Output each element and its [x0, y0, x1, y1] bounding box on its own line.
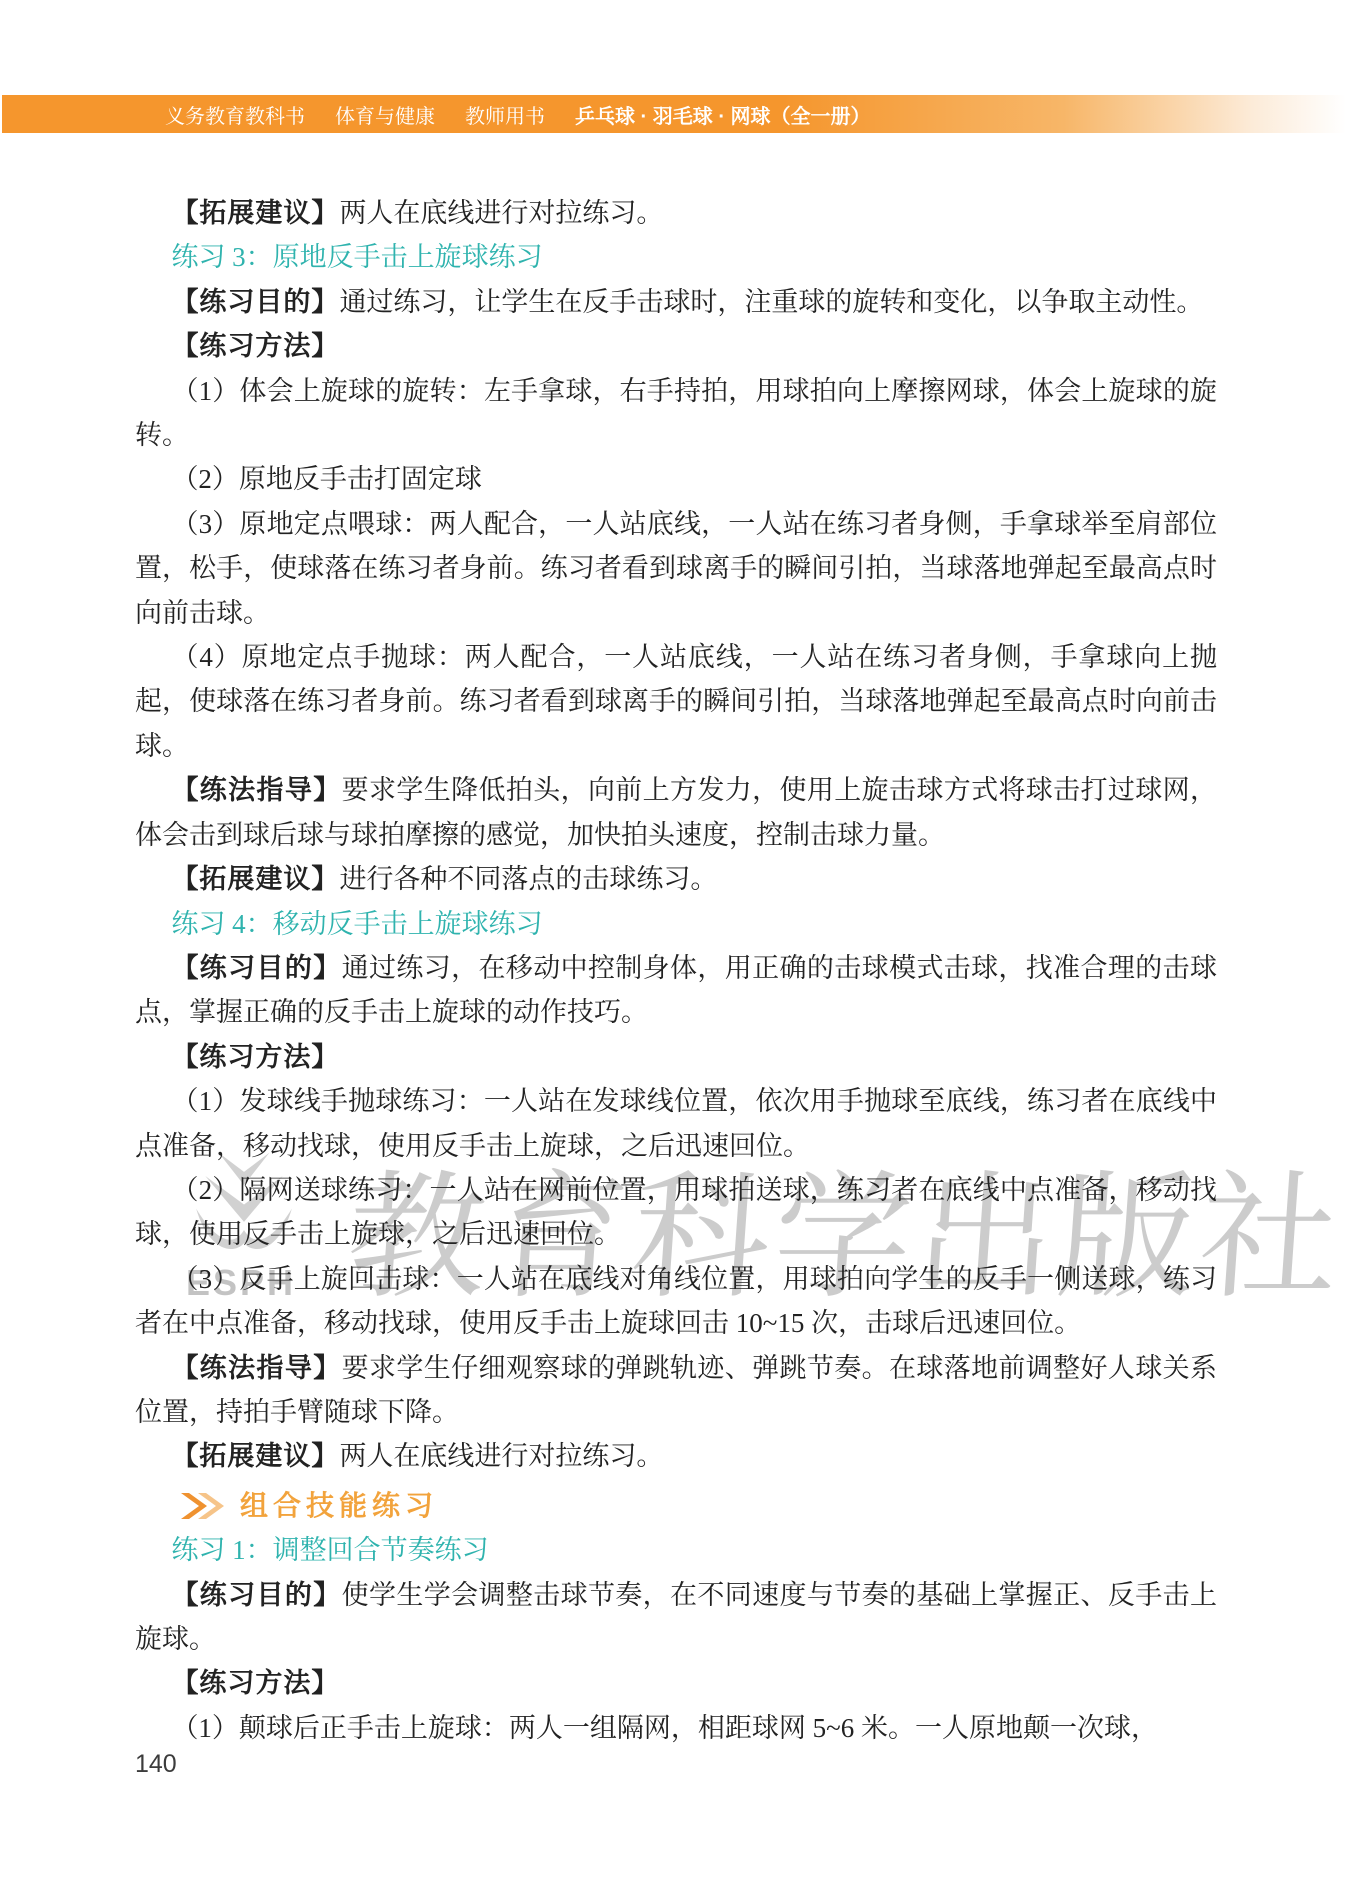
paragraph: 【练习目的】通过练习，在移动中控制身体，用正确的击球模式击球，找准合理的击球点，…: [135, 946, 1217, 1035]
note-label: 【拓展建议】: [171, 864, 339, 894]
paragraph: 【练习目的】使学生学会调整击球节奏，在不同速度与节奏的基础上掌握正、反手击上旋球…: [135, 1573, 1217, 1662]
page-content: 【拓展建议】两人在底线进行对拉练习。练习 3：原地反手击上旋球练习【练习目的】通…: [135, 191, 1217, 1750]
paragraph: 【拓展建议】两人在底线进行对拉练习。: [135, 1434, 1217, 1478]
double-chevron-icon: [180, 1491, 226, 1521]
paragraph-text: （1）发球线手抛球练习：一人站在发球线位置，依次用手抛球至底线，练习者在底线中点…: [135, 1086, 1217, 1160]
note-label: 【练习方法】: [171, 331, 339, 361]
note-label: 【拓展建议】: [171, 198, 339, 228]
paragraph-text: （2）隔网送球练习：一人站在网前位置，用球拍送球，练习者在底线中点准备，移动找球…: [135, 1175, 1217, 1249]
note-label: 【拓展建议】: [171, 1441, 339, 1471]
paragraph: （1）颠球后正手击上旋球：两人一组隔网，相距球网 5~6 米。一人原地颠一次球，: [135, 1706, 1217, 1750]
paragraph-text: （3）原地定点喂球：两人配合，一人站底线，一人站在练习者身侧，手拿球举至肩部位置…: [135, 509, 1217, 628]
paragraph: 【练法指导】要求学生仔细观察球的弹跳轨迹、弹跳节奏。在球落地前调整好人球关系位置…: [135, 1346, 1217, 1435]
paragraph-text: （3）反手上旋回击球：一人站在底线对角线位置，用球拍向学生的反手一侧送球，练习者…: [135, 1264, 1217, 1338]
paragraph-text: 两人在底线进行对拉练习。: [339, 1441, 663, 1471]
paragraph: （4）原地定点手抛球：两人配合，一人站底线，一人站在练习者身侧，手拿球向上抛起，…: [135, 635, 1217, 768]
paragraph: 【拓展建议】进行各种不同落点的击球练习。: [135, 857, 1217, 901]
paragraph-text: 两人在底线进行对拉练习。: [339, 198, 663, 228]
paragraph: （3）原地定点喂球：两人配合，一人站底线，一人站在练习者身侧，手拿球举至肩部位置…: [135, 502, 1217, 635]
note-label: 【练习目的】: [171, 953, 341, 983]
header-series: 义务教育教科书: [165, 100, 305, 129]
paragraph-text: （4）原地定点手抛球：两人配合，一人站底线，一人站在练习者身侧，手拿球向上抛起，…: [135, 642, 1217, 761]
page-number: 140: [135, 1750, 177, 1779]
paragraph-text: （1）颠球后正手击上旋球：两人一组隔网，相距球网 5~6 米。一人原地颠一次球，: [171, 1713, 1158, 1743]
paragraph: 【练习方法】: [135, 1661, 1217, 1705]
paragraph: （3）反手上旋回击球：一人站在底线对角线位置，用球拍向学生的反手一侧送球，练习者…: [135, 1257, 1217, 1346]
paragraph: （1）体会上旋球的旋转：左手拿球，右手持拍，用球拍向上摩擦网球，体会上旋球的旋转…: [135, 369, 1217, 458]
paragraph: （2）原地反手击打固定球: [135, 457, 1217, 501]
section-heading: 组合技能练习: [135, 1484, 1217, 1528]
paragraph-text: 练习 1：调整回合节奏练习: [171, 1535, 488, 1565]
paragraph-text: 进行各种不同落点的击球练习。: [339, 864, 717, 894]
header-subject: 体育与健康: [335, 100, 435, 129]
header-booktype: 教师用书: [465, 100, 545, 129]
section-title: 组合技能练习: [240, 1484, 438, 1528]
paragraph-text: 练习 3：原地反手击上旋球练习: [171, 242, 542, 272]
note-label: 【练习目的】: [171, 287, 339, 317]
paragraph-text: （1）体会上旋球的旋转：左手拿球，右手持拍，用球拍向上摩擦网球，体会上旋球的旋转…: [135, 376, 1217, 450]
paragraph: 【练法指导】要求学生降低拍头，向前上方发力，使用上旋击球方式将球击打过球网，体会…: [135, 768, 1217, 857]
paragraph-text: 练习 4：移动反手击上旋球练习: [171, 909, 542, 939]
note-label: 【练法指导】: [171, 775, 341, 805]
paragraph: 练习 4：移动反手击上旋球练习: [135, 902, 1217, 946]
note-label: 【练法指导】: [171, 1353, 341, 1383]
note-label: 【练习目的】: [171, 1580, 341, 1610]
paragraph: （1）发球线手抛球练习：一人站在发球线位置，依次用手抛球至底线，练习者在底线中点…: [135, 1079, 1217, 1168]
paragraph: 【练习方法】: [135, 324, 1217, 368]
paragraph: 练习 3：原地反手击上旋球练习: [135, 235, 1217, 279]
paragraph: 【拓展建议】两人在底线进行对拉练习。: [135, 191, 1217, 235]
header-title: 乒乓球 · 羽毛球 · 网球（全一册）: [575, 100, 871, 129]
paragraph-text: （2）原地反手击打固定球: [171, 464, 482, 494]
paragraph-text: 通过练习，让学生在反手击球时，注重球的旋转和变化，以争取主动性。: [339, 287, 1203, 317]
paragraph: 【练习目的】通过练习，让学生在反手击球时，注重球的旋转和变化，以争取主动性。: [135, 280, 1217, 324]
textbook-page: 义务教育教科书 体育与健康 教师用书 乒乓球 · 羽毛球 · 网球（全一册） E…: [0, 0, 1346, 1885]
paragraph: 练习 1：调整回合节奏练习: [135, 1528, 1217, 1572]
paragraph: （2）隔网送球练习：一人站在网前位置，用球拍送球，练习者在底线中点准备，移动找球…: [135, 1168, 1217, 1257]
paragraph: 【练习方法】: [135, 1035, 1217, 1079]
note-label: 【练习方法】: [171, 1042, 339, 1072]
note-label: 【练习方法】: [171, 1668, 339, 1698]
header-banner: 义务教育教科书 体育与健康 教师用书 乒乓球 · 羽毛球 · 网球（全一册）: [2, 95, 1346, 133]
